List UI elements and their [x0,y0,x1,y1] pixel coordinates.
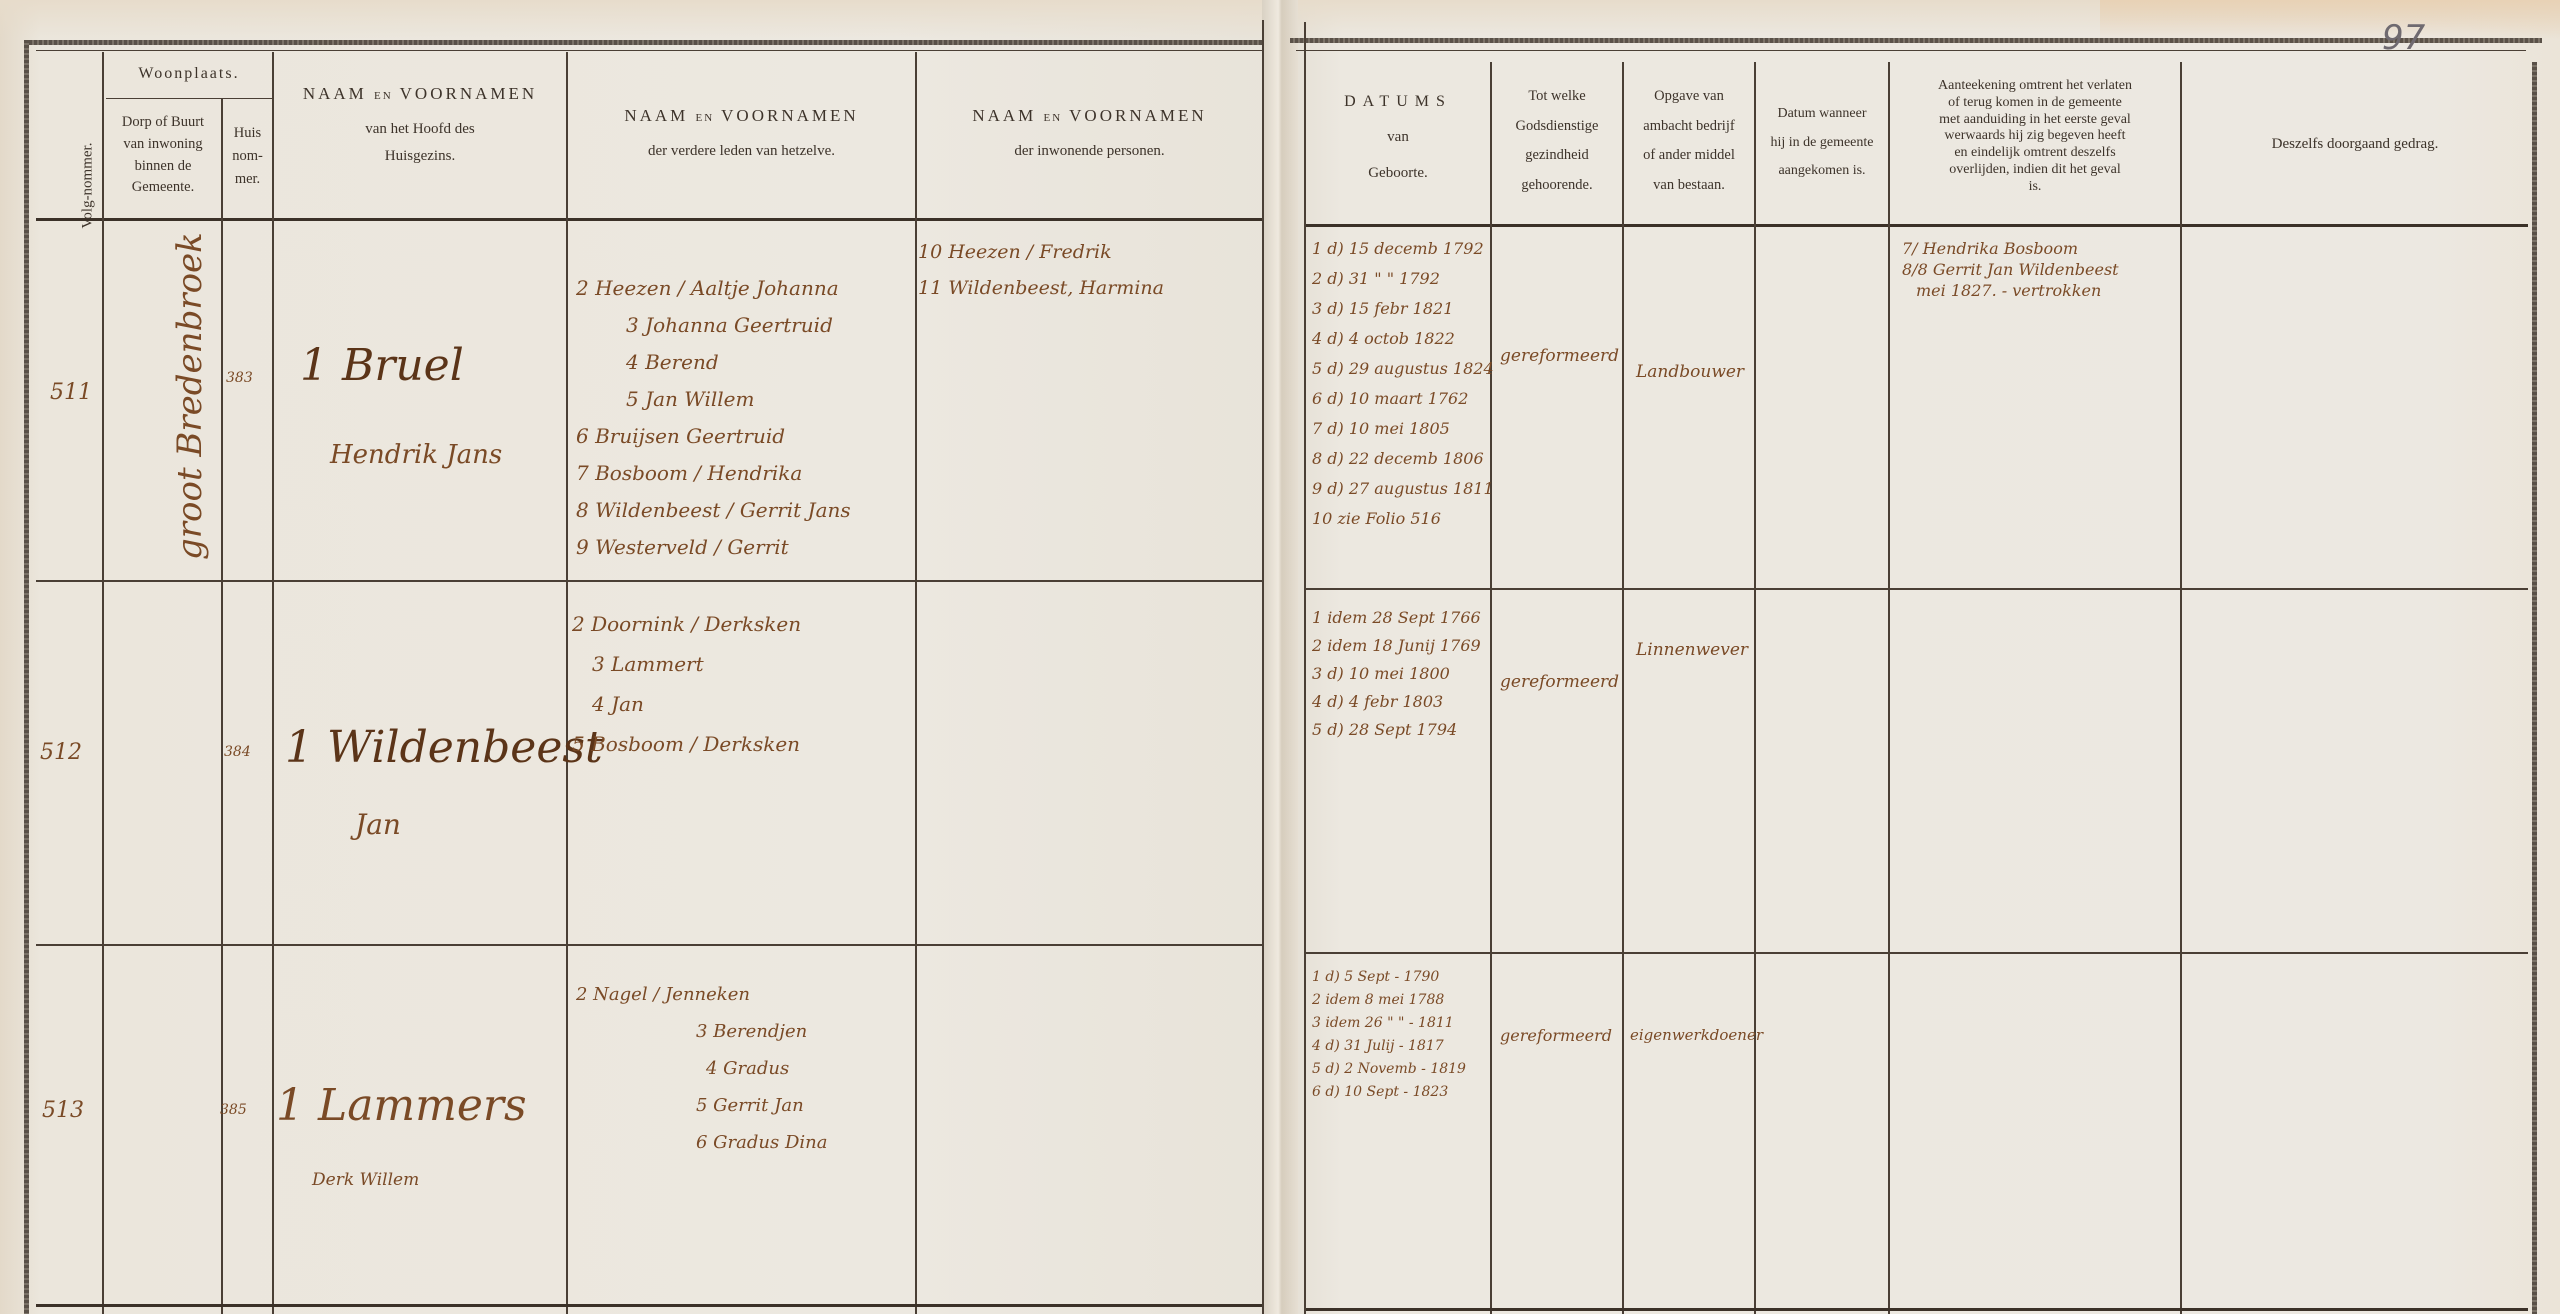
birth-date: 2 idem 8 mei 1788 [1312,989,1466,1012]
header-line: met aanduiding in het eerste geval [1890,112,2180,129]
col-rule [2180,62,2182,1314]
col-rule [221,98,223,1314]
row-separator [1306,588,2528,590]
birth-date: 1 d) 15 decemb 1792 [1312,234,1494,264]
header-woonplaats: Woonplaats. [106,62,272,85]
birth-date: 4 d) 31 Julij - 1817 [1312,1035,1466,1058]
col-rule [1888,62,1890,1314]
entry-511-ambacht: Landbouwer [1636,362,1746,382]
header-line: van het Hoofd des [274,119,566,141]
col-rule [915,52,917,1314]
birth-date: 10 zie Folio 516 [1312,504,1494,534]
header-ambacht: Opgave van ambacht bedrijf of ander midd… [1624,82,1754,201]
entry-512-godsdienst: gereformeerd [1500,672,1619,692]
left-page-edge [1262,20,1264,1314]
header-word: NAAM [624,106,688,125]
header-line: mer. [223,168,272,191]
header-word: VOORNAMEN [1069,106,1207,125]
header-leden: NAAM EN VOORNAMEN der verdere leden van … [568,104,915,162]
note-line: 7/ Hendrika Bosboom [1902,238,2119,259]
header-line: van bestaan. [1624,171,1754,201]
right-page-edge [1304,22,1306,1314]
member-line: 7 Bosboom / Hendrika [576,455,851,492]
header-caps: DATUMS [1306,90,1490,113]
birth-date: 2 idem 18 Junij 1769 [1312,632,1481,660]
header-line: of ander middel [1624,141,1754,171]
header-line: Datum wanneer [1756,100,1888,129]
header-godsdienst: Tot welke Godsdienstige gezindheid gehoo… [1492,82,1622,201]
header-caps: NAAM EN VOORNAMEN [917,104,1262,129]
birth-date: 1 d) 5 Sept - 1790 [1312,966,1466,989]
header-divider-left [36,218,1262,221]
member-line: 3 Berendjen [576,1013,827,1050]
header-word: EN [696,112,715,124]
header-line: nom- [223,145,272,168]
member-line: 5 Jan Willem [576,381,851,418]
row-separator [36,944,1262,946]
member-line: 4 Gradus [576,1050,827,1087]
note-line: 8/8 Gerrit Jan Wildenbeest [1902,259,2119,280]
row-separator [36,580,1262,582]
header-line: Gemeente. [104,177,222,199]
header-dorp: Dorp of Buurt van inwoning binnen de Gem… [104,112,222,199]
member-line: 2 Nagel / Jenneken [576,976,827,1013]
birth-date: 3 idem 26 " " - 1811 [1312,1012,1466,1035]
member-line: 4 Berend [576,344,851,381]
header-line: Dorp of Buurt [104,112,222,134]
header-word: VOORNAMEN [721,106,859,125]
member-line: 2 Heezen / Aaltje Johanna [576,270,851,307]
member-line: 5 Gerrit Jan [576,1087,827,1124]
entry-511-huis: 383 [226,370,253,386]
birth-date: 3 d) 15 febr 1821 [1312,294,1494,324]
member-line: 6 Gradus Dina [576,1124,827,1161]
header-gedrag: Deszelfs doorgaand gedrag. [2182,134,2528,156]
entry-512-hoofd-given: Jan [355,808,401,841]
entry-512-geboorte: 1 idem 28 Sept 1766 2 idem 18 Junij 1769… [1312,604,1481,744]
birth-date: 8 d) 22 decemb 1806 [1312,444,1494,474]
page-number: 97 [2382,18,2425,58]
col-rule [566,52,568,1314]
header-line: overlijden, indien dit het geval [1890,162,2180,179]
resident-line: 10 Heezen / Fredrik [918,234,1164,270]
header-aangekomen: Datum wanneer hij in de gemeente aangeko… [1756,100,1888,186]
entry-513-leden: 2 Nagel / Jenneken 3 Berendjen 4 Gradus … [576,976,827,1161]
header-line: en eindelijk omtrent deszelfs [1890,145,2180,162]
member-line: 8 Wildenbeest / Gerrit Jans [576,492,851,529]
header-line: werwaards hij zig begeven heeft [1890,128,2180,145]
header-line: der inwonende personen. [917,141,1262,163]
row-separator [1306,952,2528,954]
entry-511-volg: 511 [50,380,92,405]
header-word: VOORNAMEN [400,84,538,103]
birth-date: 5 d) 28 Sept 1794 [1312,716,1481,744]
frame-inner-line [36,50,1262,51]
frame-left [24,40,29,1314]
entry-511-dorp: groot Bredenbroek [170,260,210,560]
member-line: 4 Jan [572,684,801,724]
footer-rule [1306,1308,2528,1311]
member-line: 5 Bosboom / Derksken [572,724,801,764]
book-gutter [1262,0,1298,1314]
entry-511-leden: 2 Heezen / Aaltje Johanna 3 Johanna Geer… [576,270,851,566]
header-word: EN [1044,112,1063,124]
birth-date: 6 d) 10 Sept - 1823 [1312,1081,1466,1104]
header-line: Opgave van [1624,82,1754,112]
entry-512-huis: 384 [224,744,251,760]
member-line: 9 Westerveld / Gerrit [576,529,851,566]
frame-inner-line [1296,50,2526,51]
header-line: gezindheid [1492,141,1622,171]
paper-stain [2100,0,2560,40]
col-rule [102,52,104,1314]
resident-line: 11 Wildenbeest, Harmina [918,270,1164,306]
entry-512-ambacht: Linnenwever [1636,640,1746,660]
footer-rule [36,1304,1262,1307]
header-line: of terug komen in de gemeente [1890,95,2180,112]
header-caps: NAAM EN VOORNAMEN [274,82,566,107]
frame-top-left [24,40,1262,45]
header-line: ambacht bedrijf [1624,112,1754,142]
header-line: Aanteekening omtrent het verlaten [1890,78,2180,95]
header-line: binnen de [104,156,222,178]
col-rule [1754,62,1756,1314]
entry-511-geboorte: 1 d) 15 decemb 1792 2 d) 31 " " 1792 3 d… [1312,234,1494,534]
header-huis: Huis nom- mer. [223,122,272,192]
birth-date: 5 d) 29 augustus 1824 [1312,354,1494,384]
member-line: 3 Lammert [572,644,801,684]
header-line: Godsdienstige [1492,112,1622,142]
header-line: van [1306,127,1490,149]
member-line: 6 Bruijsen Geertruid [576,418,851,455]
birth-date: 6 d) 10 maart 1762 [1312,384,1494,414]
entry-513-hoofd-given: Derk Willem [312,1170,419,1190]
entry-511-inwonend: 10 Heezen / Fredrik 11 Wildenbeest, Harm… [918,234,1164,306]
header-line: gehoorende. [1492,171,1622,201]
entry-512-hoofd-surname: 1 Wildenbeest [285,722,603,773]
woonplaats-brace-line [106,98,272,99]
col-rule [272,52,274,1314]
header-word: NAAM [303,84,367,103]
entry-511-hoofd-surname: 1 Bruel [300,340,464,391]
header-line: aangekomen is. [1756,157,1888,186]
header-word: NAAM [972,106,1036,125]
entry-513-godsdienst: gereformeerd [1500,1026,1612,1045]
frame-right [2532,62,2537,1314]
entry-511-hoofd-given: Hendrik Jans [330,440,502,470]
note-line: mei 1827. - vertrokken [1902,280,2119,301]
birth-date: 7 d) 10 mei 1805 [1312,414,1494,444]
entry-512-leden: 2 Doornink / Derksken 3 Lammert 4 Jan 5 … [572,604,801,764]
entry-513-geboorte: 1 d) 5 Sept - 1790 2 idem 8 mei 1788 3 i… [1312,966,1466,1104]
header-line: Tot welke [1492,82,1622,112]
header-caps: NAAM EN VOORNAMEN [568,104,915,129]
entry-513-ambacht: eigenwerkdoener [1630,1026,1763,1044]
header-word: EN [374,90,393,102]
header-line: Huis [223,122,272,145]
birth-date: 1 idem 28 Sept 1766 [1312,604,1481,632]
birth-date: 3 d) 10 mei 1800 [1312,660,1481,688]
birth-date: 4 d) 4 febr 1803 [1312,688,1481,716]
header-aanteekening: Aanteekening omtrent het verlaten of ter… [1890,78,2180,196]
col-rule [1622,62,1624,1314]
member-line: 3 Johanna Geertruid [576,307,851,344]
header-inwonend: NAAM EN VOORNAMEN der inwonende personen… [917,104,1262,162]
header-line: hij in de gemeente [1756,129,1888,158]
entry-513-huis: 385 [220,1102,247,1118]
entry-511-aanteekening: 7/ Hendrika Bosboom 8/8 Gerrit Jan Wilde… [1902,238,2119,301]
birth-date: 9 d) 27 augustus 1811 [1312,474,1494,504]
member-line: 2 Doornink / Derksken [572,604,801,644]
entry-511-godsdienst: gereformeerd [1500,346,1619,366]
header-line: Geboorte. [1306,163,1490,185]
entry-512-volg: 512 [40,740,82,765]
header-datums: DATUMS van Geboorte. [1306,90,1490,185]
birth-date: 2 d) 31 " " 1792 [1312,264,1494,294]
header-line: der verdere leden van hetzelve. [568,141,915,163]
birth-date: 4 d) 4 octob 1822 [1312,324,1494,354]
header-volg-nommer: Volg-nommer. [80,69,97,229]
header-hoofd: NAAM EN VOORNAMEN van het Hoofd des Huis… [274,82,566,168]
entry-513-volg: 513 [42,1098,84,1123]
entry-513-hoofd-surname: 1 Lammers [276,1080,527,1131]
header-line: van inwoning [104,134,222,156]
birth-date: 5 d) 2 Novemb - 1819 [1312,1058,1466,1081]
frame-top-right [1290,38,2542,43]
header-line: is. [1890,179,2180,196]
header-line: Huisgezins. [274,146,566,168]
